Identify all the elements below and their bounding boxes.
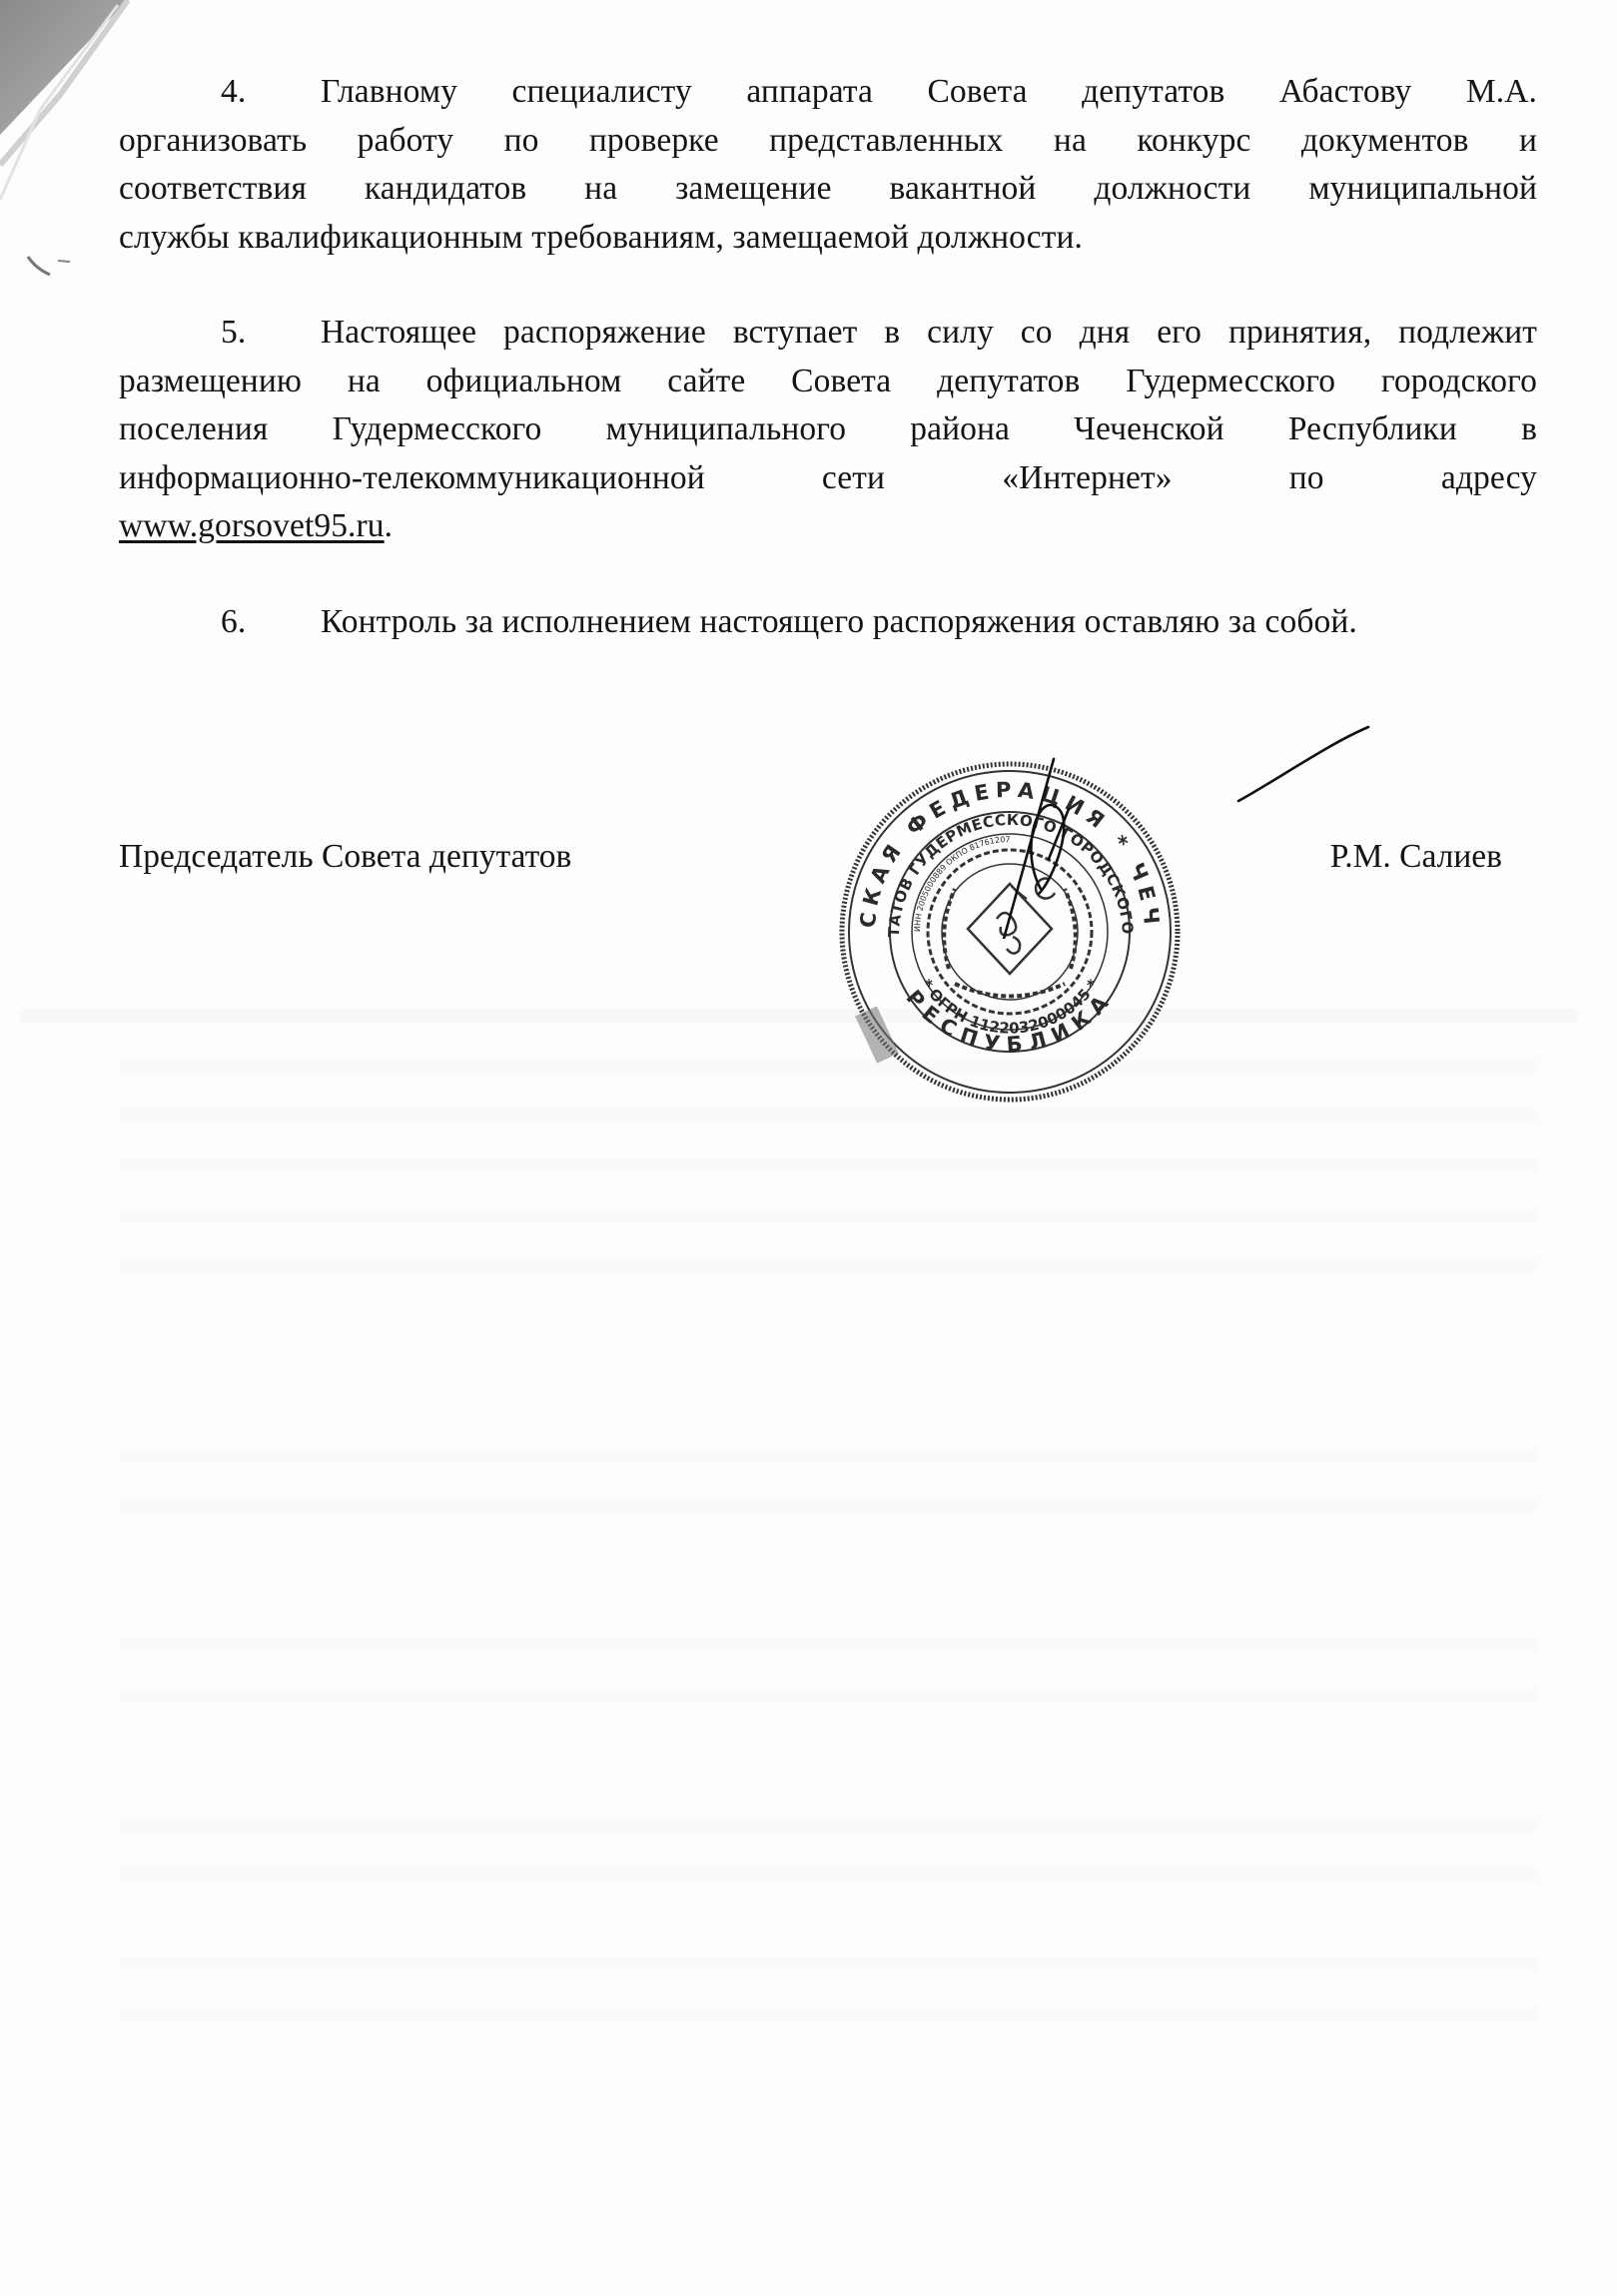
paragraph-line: службы квалификационным требованиям, зам… (119, 214, 1537, 263)
paragraph-number: 5. (119, 309, 321, 358)
signatory-title: Председатель Совета депутатов (119, 837, 571, 877)
paragraph-line: поселения Гудермесского муниципального р… (119, 405, 1537, 454)
bleed-through (120, 1638, 1538, 1652)
bleed-through (120, 2007, 1538, 2021)
paragraph-line: 6.Контроль за исполнением настоящего рас… (119, 598, 1537, 647)
paragraph-line: информационно-телекоммуникационной сети … (119, 454, 1537, 503)
bleed-through (120, 1059, 1538, 1073)
signatory-name: Р.М. Салиев (1330, 837, 1502, 877)
website-link[interactable]: www.gorsovet95.ru (119, 507, 385, 544)
bleed-through (120, 1208, 1538, 1222)
bleed-through (120, 1158, 1538, 1172)
bleed-through (120, 1688, 1538, 1702)
scan-artifact-mark (14, 255, 74, 285)
bleed-through (120, 1868, 1538, 1882)
paragraph-number: 6. (119, 598, 321, 647)
document-body: 4.Главному специалисту аппарата Совета д… (119, 68, 1537, 646)
bleed-through (120, 1258, 1538, 1272)
bleed-through (20, 1009, 1578, 1023)
paragraph-line: организовать работу по проверке представ… (119, 117, 1537, 166)
official-seal-stamp: РОССИЙСКАЯ ФЕДЕРАЦИЯ * ЧЕЧЕНСКАЯ РЕСПУБЛ… (837, 759, 1183, 1105)
paragraph-5: 5.Настоящее распоряжение вступает в силу… (119, 309, 1537, 551)
paragraph-line: www.gorsovet95.ru. (119, 502, 1537, 551)
bleed-through (120, 1498, 1538, 1512)
paragraph-4: 4.Главному специалисту аппарата Совета д… (119, 68, 1537, 262)
paragraph-line: соответствия кандидатов на замещение вак… (119, 165, 1537, 214)
bleed-through (120, 1818, 1538, 1832)
bleed-through (120, 1448, 1538, 1462)
paragraph-line: размещению на официальном сайте Совета д… (119, 358, 1537, 406)
page-corner-fold (0, 0, 135, 240)
bleed-through (120, 1957, 1538, 1971)
paragraph-number: 4. (119, 68, 321, 117)
paragraph-line: 4.Главному специалисту аппарата Совета д… (119, 68, 1537, 117)
paragraph-6: 6.Контроль за исполнением настоящего рас… (119, 598, 1537, 647)
bleed-through (120, 1109, 1538, 1123)
paragraph-line: 5.Настоящее распоряжение вступает в силу… (119, 309, 1537, 358)
coat-of-arms-icon (944, 879, 1076, 997)
